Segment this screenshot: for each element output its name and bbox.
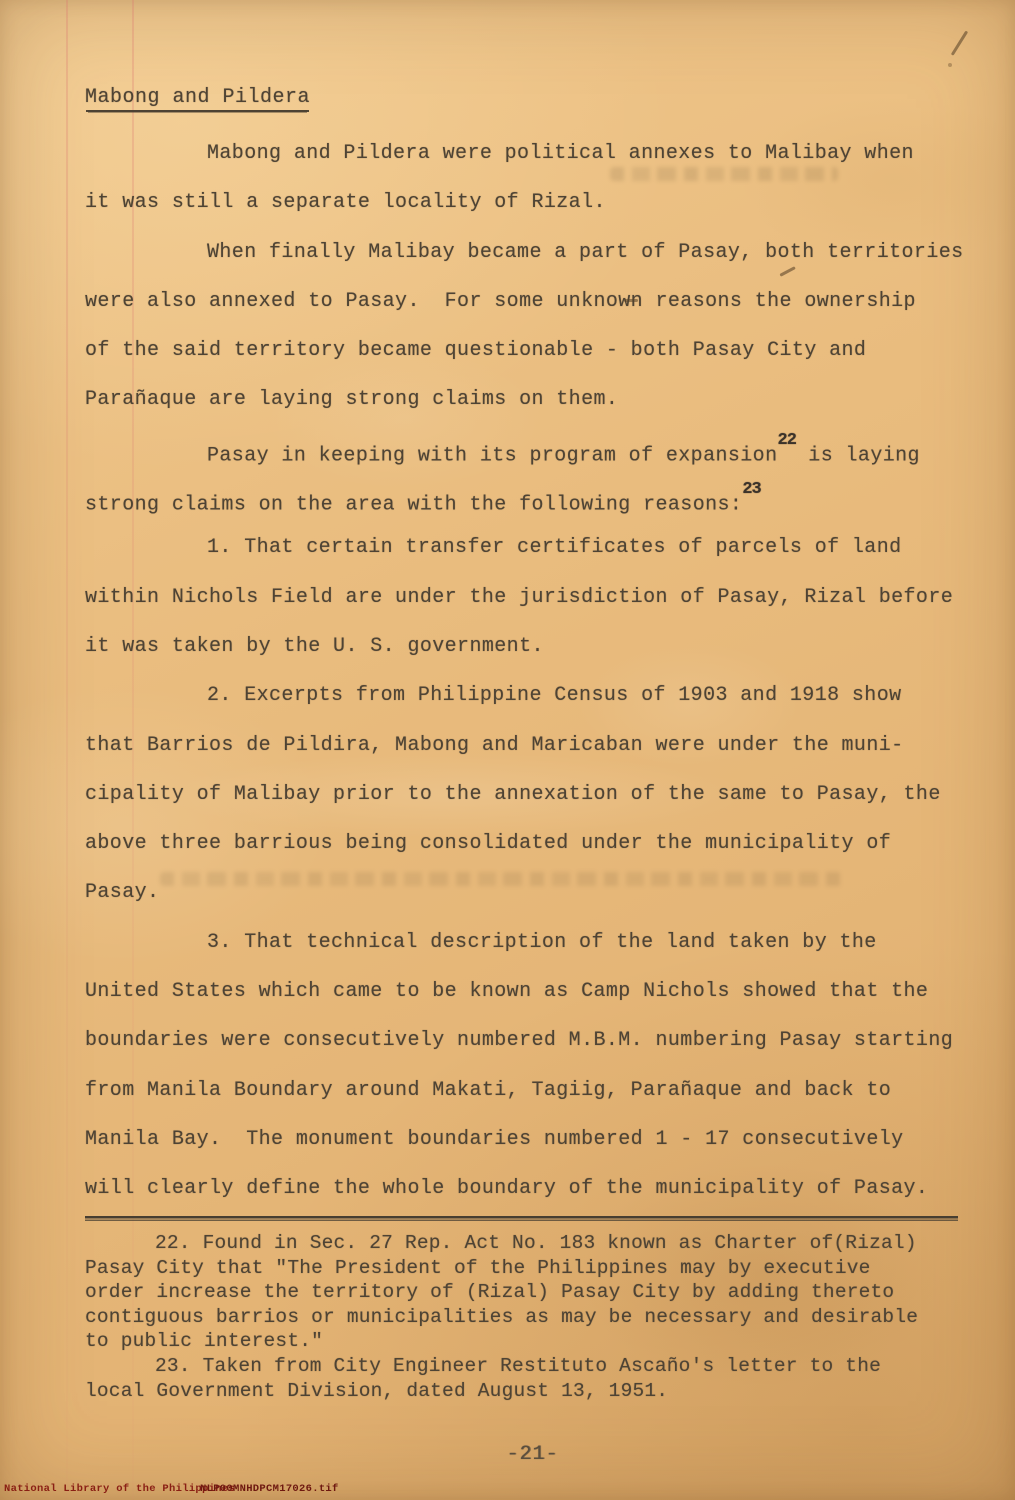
text-line: 23. Taken from City Engineer Restituto A… [85, 1354, 970, 1379]
text-line: strong claims on the area with the follo… [85, 474, 970, 523]
text-line: above three barrious being consolidated … [85, 819, 970, 868]
page-number: -21- [0, 1443, 1015, 1466]
text-line: 2. Excerpts from Philippine Census of 19… [85, 671, 970, 720]
text-line: order increase the territory of (Rizal) … [85, 1280, 970, 1305]
document-body: Mabong and Pildera were political annexe… [85, 129, 970, 1214]
footnotes: 22. Found in Sec. 27 Rep. Act No. 183 kn… [85, 1231, 970, 1403]
text-line: boundaries were consecutively numbered M… [85, 1016, 970, 1065]
footnote-divider [85, 1216, 958, 1222]
text-line: local Government Division, dated August … [85, 1379, 970, 1404]
fold-line [66, 0, 68, 1500]
text-line: to public interest." [85, 1329, 970, 1354]
footnote-marker: 22 [778, 431, 796, 450]
text-line: cipality of Malibay prior to the annexat… [85, 770, 970, 819]
text-line: United States which came to be known as … [85, 967, 970, 1016]
footer-filename-label: NLP00MNHDPCM17026.tif [200, 1483, 339, 1495]
text-line: contiguous barrios or municipalities as … [85, 1305, 970, 1330]
text-line: of the said territory became questionabl… [85, 326, 970, 375]
footnote-marker: 23 [742, 480, 760, 499]
text-line: will clearly define the whole boundary o… [85, 1164, 970, 1213]
text-line: 22. Found in Sec. 27 Rep. Act No. 183 kn… [85, 1231, 970, 1256]
text-line: were also annexed to Pasay. For some unk… [85, 277, 970, 326]
pen-mark [948, 63, 952, 67]
text-line: Pasay. [85, 868, 970, 917]
text-line: it was taken by the U. S. government. [85, 622, 970, 671]
text-line: Mabong and Pildera were political annexe… [85, 129, 970, 178]
text-line: that Barrios de Pildira, Mabong and Mari… [85, 721, 970, 770]
text-line: Pasay in keeping with its program of exp… [85, 425, 970, 474]
text-line: 1. That certain transfer certificates of… [85, 523, 970, 572]
text-line: Parañaque are laying strong claims on th… [85, 375, 970, 424]
document-page: Mabong and Pildera Mabong and Pildera we… [0, 0, 1015, 1500]
text-line: Pasay City that "The President of the Ph… [85, 1256, 970, 1281]
text-line: When finally Malibay became a part of Pa… [85, 228, 970, 277]
text-line: from Manila Boundary around Makati, Tagi… [85, 1066, 970, 1115]
scan-footer: National Library of the Philippines NLP0… [0, 1481, 1015, 1500]
text-line: within Nichols Field are under the juris… [85, 573, 970, 622]
text-line: 3. That technical description of the lan… [85, 918, 970, 967]
text-line: Manila Bay. The monument boundaries numb… [85, 1115, 970, 1164]
text-line: it was still a separate locality of Riza… [85, 178, 970, 227]
document-title: Mabong and Pildera [85, 86, 310, 110]
pen-mark [951, 30, 968, 55]
